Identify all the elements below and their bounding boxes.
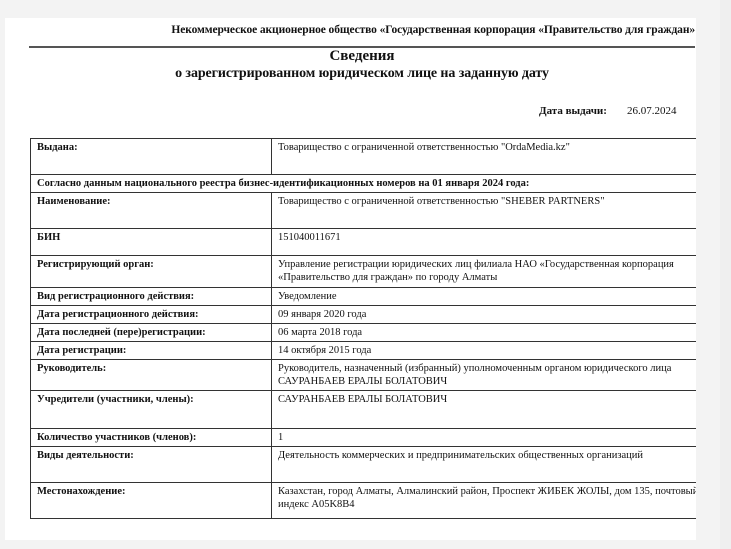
table-row: Количество участников (членов): 1 xyxy=(31,429,697,447)
field-value: 09 января 2020 года xyxy=(272,306,697,324)
field-label: Дата последней (пере)регистрации: xyxy=(31,324,272,342)
field-label: БИН xyxy=(31,229,272,256)
field-label: Регистрирующий орган: xyxy=(31,256,272,288)
document-subtitle: о зарегистрированном юридическом лице на… xyxy=(29,66,695,82)
registration-table: Выдана: Товарищество с ограниченной отве… xyxy=(30,138,696,519)
field-value: Управление регистрации юридических лиц ф… xyxy=(272,256,697,288)
table-row: Вид регистрационного действия: Уведомлен… xyxy=(31,288,697,306)
document-page: Некоммерческое акционерное общество «Гос… xyxy=(5,18,696,540)
field-label: Наименование: xyxy=(31,193,272,229)
registry-note: Согласно данным национального реестра би… xyxy=(31,175,697,193)
field-value: 151040011671 xyxy=(272,229,697,256)
field-value: Товарищество с ограниченной ответственно… xyxy=(272,139,697,175)
field-value: Казахстан, город Алматы, Алмалинский рай… xyxy=(272,483,697,519)
field-label: Выдана: xyxy=(31,139,272,175)
field-label: Дата регистрации: xyxy=(31,342,272,360)
organization-header: Некоммерческое акционерное общество «Гос… xyxy=(29,24,695,36)
table-row: Дата регистрационного действия: 09 январ… xyxy=(31,306,697,324)
field-label: Местонахождение: xyxy=(31,483,272,519)
table-row: Дата последней (пере)регистрации: 06 мар… xyxy=(31,324,697,342)
table-row: Наименование: Товарищество с ограниченно… xyxy=(31,193,697,229)
table-row: Руководитель: Руководитель, назначенный … xyxy=(31,360,697,391)
field-label: Учредители (участники, члены): xyxy=(31,391,272,429)
field-value: 06 марта 2018 года xyxy=(272,324,697,342)
table-row: Учредители (участники, члены): САУРАНБАЕ… xyxy=(31,391,697,429)
document-title: Сведения xyxy=(29,48,695,65)
field-label: Руководитель: xyxy=(31,360,272,391)
issue-date-label: Дата выдачи: xyxy=(539,105,607,117)
field-value: Уведомление xyxy=(272,288,697,306)
table-row: Дата регистрации: 14 октября 2015 года xyxy=(31,342,697,360)
table-row: Регистрирующий орган: Управление регистр… xyxy=(31,256,697,288)
field-value: Товарищество с ограниченной ответственно… xyxy=(272,193,697,229)
field-label: Вид регистрационного действия: xyxy=(31,288,272,306)
viewer-scrollbar-area[interactable] xyxy=(720,0,731,549)
field-value: 14 октября 2015 года xyxy=(272,342,697,360)
table-row-registry-note: Согласно данным национального реестра би… xyxy=(31,175,697,193)
field-label: Дата регистрационного действия: xyxy=(31,306,272,324)
table-row-issued-to: Выдана: Товарищество с ограниченной отве… xyxy=(31,139,697,175)
table-row: Виды деятельности: Деятельность коммерче… xyxy=(31,447,697,483)
field-value: Деятельность коммерческих и предпринимат… xyxy=(272,447,697,483)
table-row: БИН 151040011671 xyxy=(31,229,697,256)
field-value: 1 xyxy=(272,429,697,447)
field-value: САУРАНБАЕВ ЕРАЛЫ БОЛАТОВИЧ xyxy=(272,391,697,429)
table-row: Местонахождение: Казахстан, город Алматы… xyxy=(31,483,697,519)
field-label: Виды деятельности: xyxy=(31,447,272,483)
field-value: Руководитель, назначенный (избранный) уп… xyxy=(272,360,697,391)
field-label: Количество участников (членов): xyxy=(31,429,272,447)
issue-date-value: 26.07.2024 xyxy=(627,105,677,117)
